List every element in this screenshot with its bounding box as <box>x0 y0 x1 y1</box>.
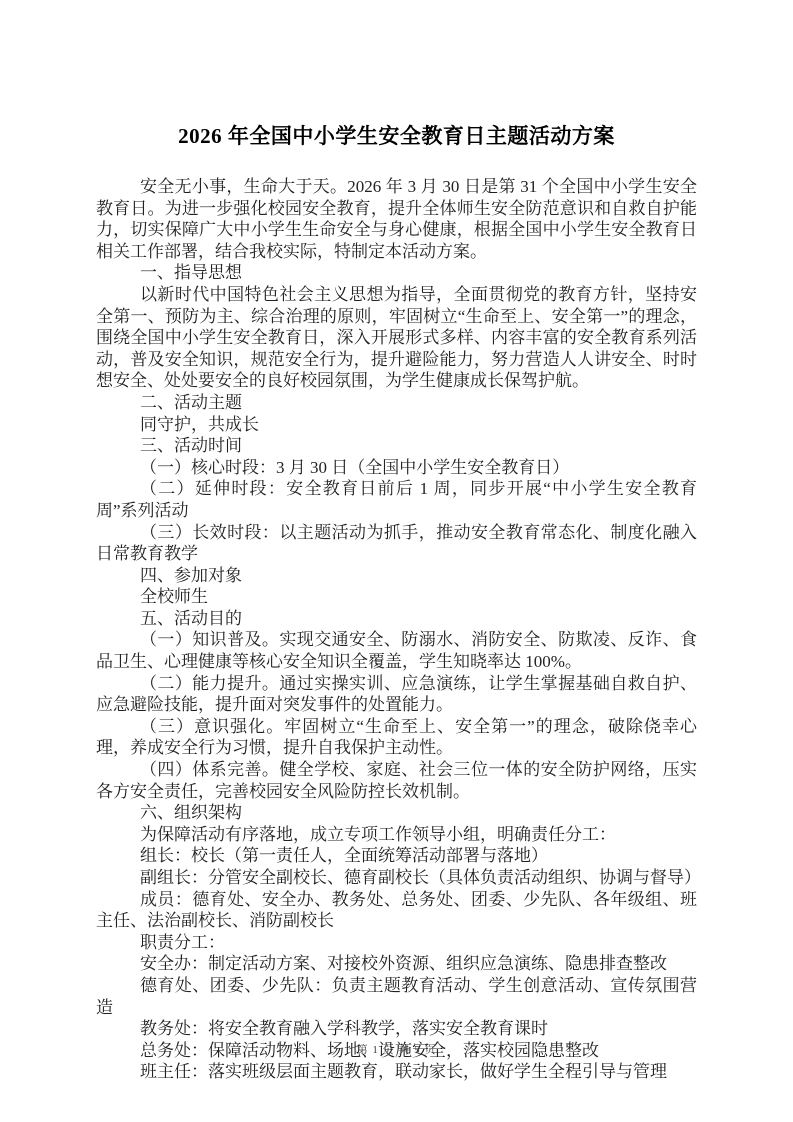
page-footer: 第 1 页 共 5 页 <box>0 1041 793 1057</box>
section-heading: 六、组织架构 <box>96 802 697 824</box>
paragraph: 副组长：分管安全副校长、德育副校长（具体负责活动组织、协调与督导） <box>96 867 697 889</box>
paragraph: 全校师生 <box>96 586 697 608</box>
paragraph: 教务处：将安全教育融入学科教学，落实安全教育课时 <box>96 1018 697 1040</box>
document-page: 2026 年全国中小学生安全教育日主题活动方案 安全无小事，生命大于天。2026… <box>0 0 793 1122</box>
section-heading: 四、参加对象 <box>96 565 697 587</box>
paragraph: 安全无小事，生命大于天。2026 年 3 月 30 日是第 31 个全国中小学生… <box>96 176 697 262</box>
paragraph: 以新时代中国特色社会主义思想为指导，全面贯彻党的教育方针，坚持安全第一、预防为主… <box>96 284 697 392</box>
section-heading: 一、指导思想 <box>96 262 697 284</box>
paragraph: （二）延伸时段：安全教育日前后 1 周，同步开展“中小学生安全教育周”系列活动 <box>96 478 697 521</box>
paragraph: 班主任：落实班级层面主题教育，联动家长，做好学生全程引导与管理 <box>96 1061 697 1083</box>
paragraph: 职责分工： <box>96 932 697 954</box>
paragraph: 同守护，共成长 <box>96 414 697 436</box>
paragraph: （四）体系完善。健全学校、家庭、社会三位一体的安全防护网络，压实各方安全责任，完… <box>96 759 697 802</box>
paragraph: （一）知识普及。实现交通安全、防溺水、消防安全、防欺凌、反诈、食品卫生、心理健康… <box>96 629 697 672</box>
paragraph: （一）核心时段：3 月 30 日（全国中小学生安全教育日） <box>96 457 697 479</box>
document-body: 安全无小事，生命大于天。2026 年 3 月 30 日是第 31 个全国中小学生… <box>96 176 697 1083</box>
document-title: 2026 年全国中小学生安全教育日主题活动方案 <box>0 120 793 150</box>
paragraph: 为保障活动有序落地，成立专项工作领导小组，明确责任分工： <box>96 824 697 846</box>
section-heading: 五、活动目的 <box>96 608 697 630</box>
paragraph: 安全办：制定活动方案、对接校外资源、组织应急演练、隐患排查整改 <box>96 953 697 975</box>
paragraph: 德育处、团委、少先队：负责主题教育活动、学生创意活动、宣传氛围营造 <box>96 975 697 1018</box>
paragraph: 组长：校长（第一责任人，全面统筹活动部署与落地） <box>96 845 697 867</box>
paragraph: （三）意识强化。牢固树立“生命至上、安全第一”的理念，破除侥幸心理，养成安全行为… <box>96 716 697 759</box>
section-heading: 三、活动时间 <box>96 435 697 457</box>
section-heading: 二、活动主题 <box>96 392 697 414</box>
paragraph: （三）长效时段：以主题活动为抓手，推动安全教育常态化、制度化融入日常教育教学 <box>96 522 697 565</box>
paragraph: （二）能力提升。通过实操实训、应急演练，让学生掌握基础自救自护、应急避险技能，提… <box>96 673 697 716</box>
paragraph: 成员：德育处、安全办、教务处、总务处、团委、少先队、各年级组、班主任、法治副校长… <box>96 889 697 932</box>
